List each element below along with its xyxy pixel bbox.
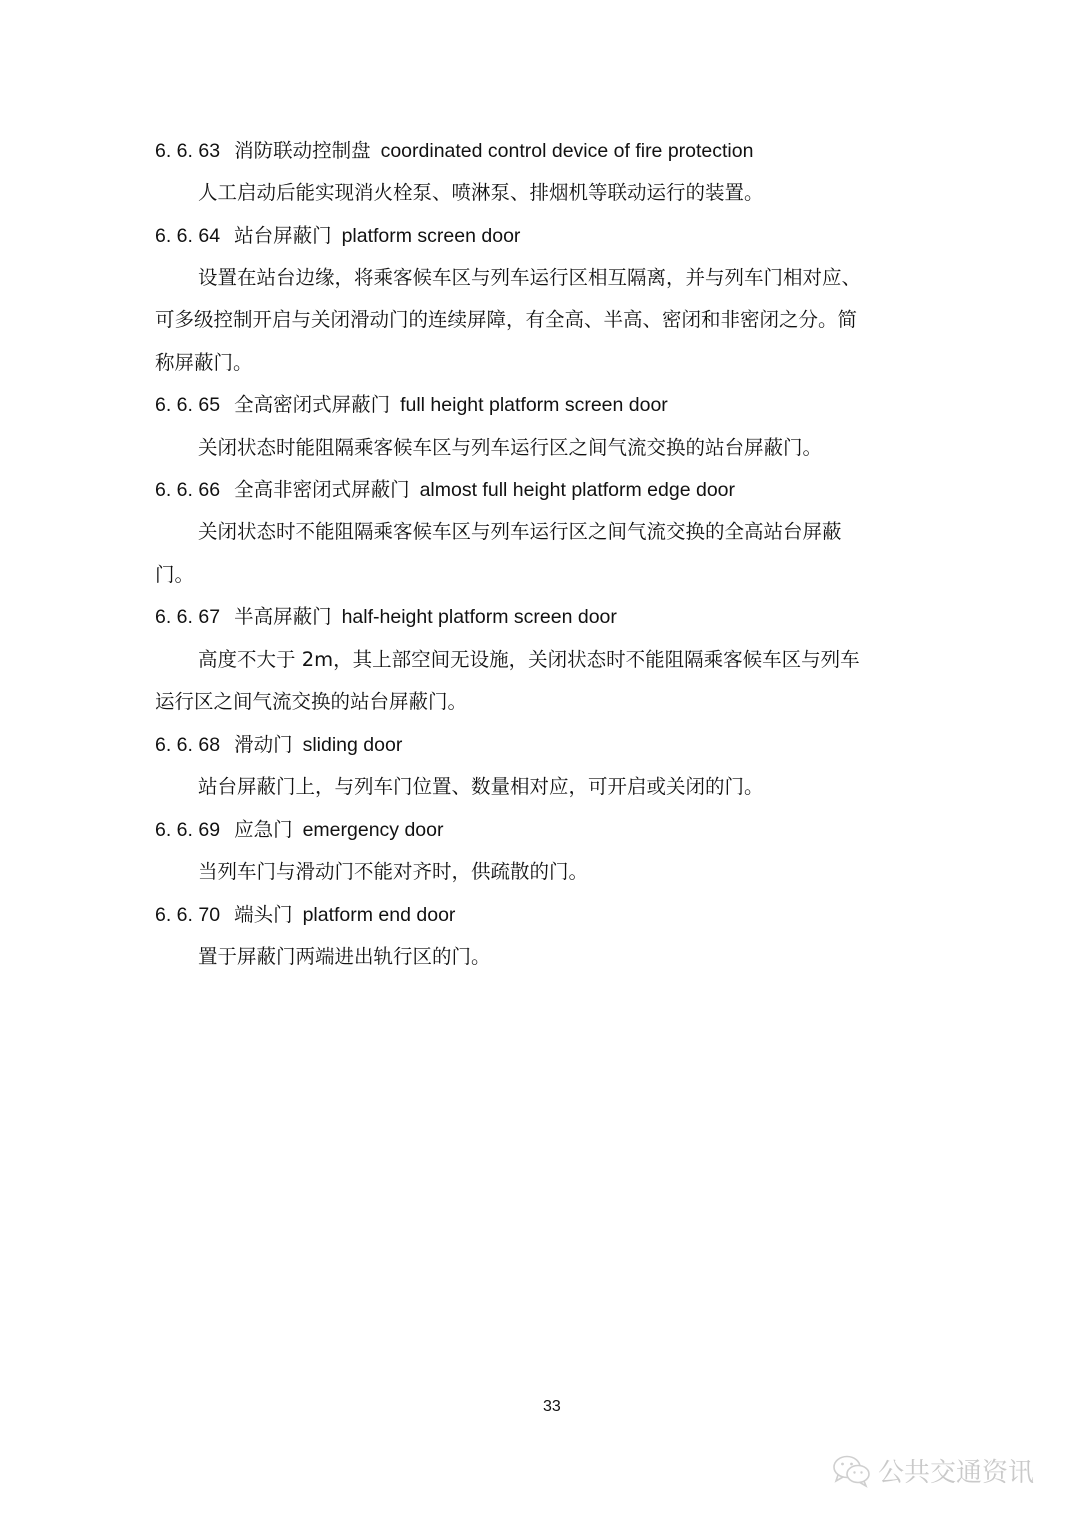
entry-heading-6-6-67: 6. 6. 67半高屏蔽门half-height platform screen… (155, 605, 617, 629)
entry-number: 6. 6. 63 (155, 140, 220, 162)
entry-term-zh: 全高非密闭式屏蔽门 (234, 478, 410, 501)
entry-definition: 关闭状态时能阻隔乘客候车区与列车运行区之间气流交换的站台屏蔽门。 (198, 436, 822, 460)
watermark-text: 公共交通资讯 (878, 1452, 1034, 1489)
entry-term-zh: 消防联动控制盘 (234, 139, 371, 162)
entry-term-en: half-height platform screen door (342, 606, 617, 628)
entry-definition: 置于屏蔽门两端进出轨行区的门。 (198, 945, 491, 969)
entry-term-zh: 滑动门 (234, 733, 293, 756)
entry-definition: 门。 (155, 563, 194, 587)
entry-heading-6-6-66: 6. 6. 66全高非密闭式屏蔽门almost full height plat… (155, 478, 735, 502)
entry-heading-6-6-65: 6. 6. 65全高密闭式屏蔽门full height platform scr… (155, 393, 668, 417)
entry-term-en: platform screen door (342, 225, 521, 247)
entry-heading-6-6-64: 6. 6. 64站台屏蔽门platform screen door (155, 224, 520, 248)
entry-definition: 称屏蔽门。 (155, 351, 253, 375)
entry-number: 6. 6. 66 (155, 479, 220, 501)
entry-term-zh: 应急门 (234, 818, 293, 841)
page-number: 33 (543, 1398, 561, 1416)
entry-heading-6-6-63: 6. 6. 63消防联动控制盘coordinated control devic… (155, 139, 753, 163)
entry-definition: 人工启动后能实现消火栓泵、喷淋泵、排烟机等联动运行的装置。 (198, 181, 764, 205)
entry-number: 6. 6. 65 (155, 394, 220, 416)
entry-definition: 当列车门与滑动门不能对齐时，供疏散的门。 (198, 860, 588, 884)
entry-definition: 运行区之间气流交换的站台屏蔽门。 (155, 690, 467, 714)
entry-heading-6-6-68: 6. 6. 68滑动门sliding door (155, 733, 402, 757)
entry-term-zh: 端头门 (234, 903, 293, 926)
entry-term-en: coordinated control device of fire prote… (381, 140, 754, 162)
watermark: 公共交通资讯 (832, 1452, 1034, 1489)
entry-definition: 站台屏蔽门上，与列车门位置、数量相对应，可开启或关闭的门。 (198, 775, 764, 799)
entry-heading-6-6-69: 6. 6. 69应急门emergency door (155, 818, 444, 842)
entry-term-zh: 全高密闭式屏蔽门 (234, 393, 390, 416)
entry-term-en: full height platform screen door (400, 394, 668, 416)
wechat-icon (832, 1454, 872, 1488)
entry-term-en: sliding door (303, 734, 403, 756)
entry-term-en: almost full height platform edge door (420, 479, 735, 501)
entry-definition: 可多级控制开启与关闭滑动门的连续屏障，有全高、半高、密闭和非密闭之分。简 (155, 308, 857, 332)
entry-number: 6. 6. 64 (155, 225, 220, 247)
entry-term-zh: 半高屏蔽门 (234, 605, 332, 628)
entry-definition: 关闭状态时不能阻隔乘客候车区与列车运行区之间气流交换的全高站台屏蔽 (198, 520, 842, 544)
entry-number: 6. 6. 69 (155, 819, 220, 841)
entry-number: 6. 6. 67 (155, 606, 220, 628)
entry-definition: 设置在站台边缘，将乘客候车区与列车运行区相互隔离，并与列车门相对应、 (198, 266, 861, 290)
entry-term-en: emergency door (303, 819, 444, 841)
entry-term-zh: 站台屏蔽门 (234, 224, 332, 247)
entry-definition: 高度不大于 2m，其上部空间无设施，关闭状态时不能阻隔乘客候车区与列车 (198, 648, 860, 672)
entry-number: 6. 6. 68 (155, 734, 220, 756)
entry-term-en: platform end door (303, 904, 456, 926)
entry-number: 6. 6. 70 (155, 904, 220, 926)
entry-heading-6-6-70: 6. 6. 70端头门platform end door (155, 903, 455, 927)
